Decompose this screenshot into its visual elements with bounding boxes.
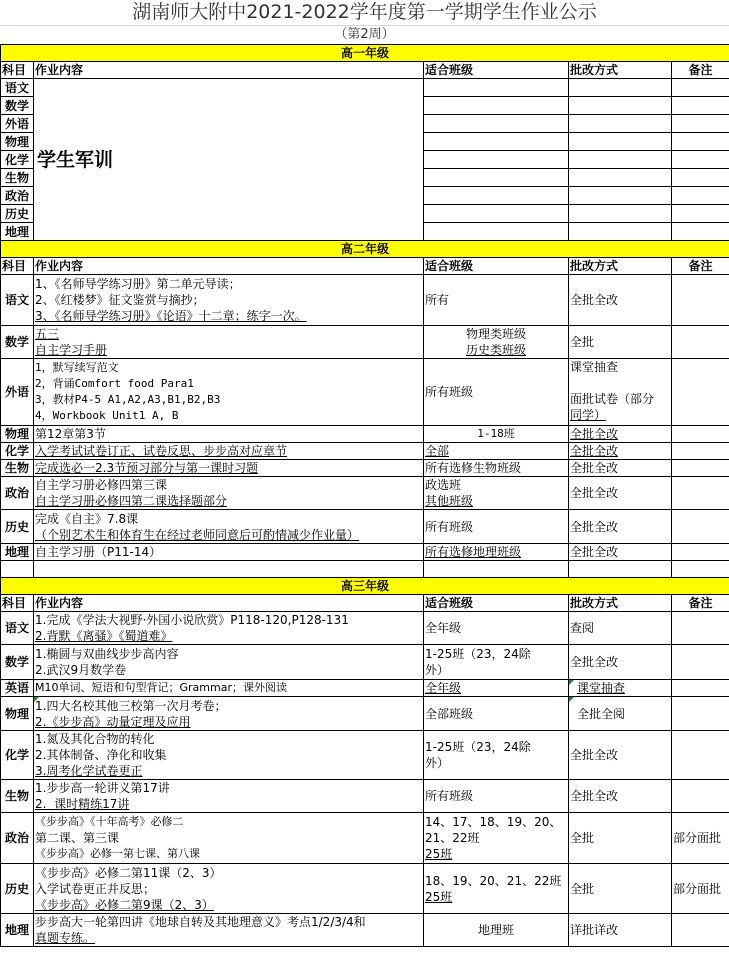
empty-cell[interactable] [569, 561, 672, 578]
col-classes[interactable]: 适合班级 [424, 62, 569, 79]
grading-cell[interactable]: 全批全改 [569, 426, 672, 443]
subject-cell[interactable]: 地理 [1, 544, 34, 561]
subject-cell[interactable]: 外语 [1, 115, 34, 133]
grading-cell[interactable]: 全批全改 [569, 443, 672, 460]
note-cell[interactable] [672, 914, 729, 947]
subject-cell[interactable]: 生物 [1, 780, 34, 813]
empty-row [1, 561, 729, 578]
classes-cell[interactable]: 18、19、20、21、22班 25班 [424, 864, 569, 914]
table-row: 政治 自主学习册必修四第三课 自主学习册必修四第二课选择题部分 政选班 其他班级… [1, 477, 729, 510]
grading-cell[interactable]: 全批 [569, 813, 672, 864]
subject-cell[interactable]: 数学 [1, 326, 34, 359]
grade2-label[interactable]: 高二年级 [1, 241, 729, 258]
grade1-content-cell[interactable]: 学生军训 [34, 79, 424, 241]
classes-cell[interactable]: 全年级 [424, 680, 569, 697]
col-subject[interactable]: 科目 [1, 62, 34, 79]
grade1-header-row: 科目 作业内容 适合班级 批改方式 备注 [1, 62, 729, 79]
note-cell[interactable] [672, 612, 729, 645]
note-cell[interactable] [672, 326, 729, 359]
subject-cell[interactable]: 语文 [1, 79, 34, 97]
content-cell[interactable]: 1.步步高一轮讲义第17讲 2. 课时精练17讲 [34, 780, 424, 813]
note-cell[interactable] [672, 477, 729, 510]
note-cell[interactable] [672, 544, 729, 561]
content-cell[interactable]: 《步步高》必修二第11课（2、3） 入学试卷更正并反思； 《步步高》必修二第9课… [34, 864, 424, 914]
col-content[interactable]: 作业内容 [34, 595, 424, 612]
subject-cell[interactable]: 外语 [1, 359, 34, 426]
note-cell[interactable] [672, 426, 729, 443]
table-row: 地理 步步高大一轮第四讲《地球自转及其地理意义》考点1/2/3/4和 真题专练。… [1, 914, 729, 947]
classes-cell[interactable]: 所有班级 [424, 510, 569, 544]
classes-cell[interactable]: 14、17、18、19、20、 21、22班 25班 [424, 813, 569, 864]
grading-cell[interactable]: 全批全改 [569, 275, 672, 326]
grading-cell[interactable]: 全批全改 [569, 731, 672, 780]
page-title: 湖南师大附中2021-2022学年度第一学期学生作业公示 [0, 0, 729, 26]
classes-cell[interactable]: 所有 [424, 275, 569, 326]
subject-cell[interactable]: 物理 [1, 426, 34, 443]
note-cell[interactable] [672, 97, 729, 115]
classes-cell[interactable]: 全年级 [424, 612, 569, 645]
table-row: 生物 完成选必一2.3节预习部分与第一课时习题 所有选修生物班级 全批全改 [1, 460, 729, 477]
table-row: 语文 1、《名师导学练习册》第二单元导读； 2、《红楼梦》征文鉴赏与摘抄； 3、… [1, 275, 729, 326]
note-cell[interactable] [672, 680, 729, 697]
grading-cell[interactable]: 课堂抽查 面批试卷（部分 同学） [569, 359, 672, 426]
empty-cell[interactable] [34, 561, 424, 578]
subject-cell[interactable]: 政治 [1, 477, 34, 510]
grading-cell[interactable] [569, 115, 672, 133]
content-cell[interactable]: 1，默写续写范文 2，背诵Comfort food Para1 3，教材P4-5… [34, 359, 424, 426]
content-cell[interactable]: 自主学习册必修四第三课 自主学习册必修四第二课选择题部分 [34, 477, 424, 510]
subject-cell[interactable]: 生物 [1, 460, 34, 477]
content-cell[interactable]: M10单词、短语和句型背记；Grammar；课外阅读 [34, 680, 424, 697]
content-cell[interactable]: 自主学习册（P11-14） [34, 544, 424, 561]
week-subtitle: （第2周） [0, 25, 729, 44]
grade2-band: 高二年级 [1, 241, 729, 258]
grading-cell[interactable]: 全批全改 [569, 645, 672, 680]
grading-cell[interactable] [569, 79, 672, 97]
grading-cell[interactable] [569, 169, 672, 187]
subject-cell[interactable]: 物理 [1, 133, 34, 151]
classes-cell[interactable] [424, 151, 569, 169]
note-cell[interactable] [672, 187, 729, 205]
table-row: 外语 1，默写续写范文 2，背诵Comfort food Para1 3，教材P… [1, 359, 729, 426]
subject-cell[interactable]: 政治 [1, 813, 34, 864]
homework-table: 高一年级 科目 作业内容 适合班级 批改方式 备注 语文 学生军训 数学 外语 … [0, 44, 729, 947]
homework-sheet: 高一年级 科目 作业内容 适合班级 批改方式 备注 语文 学生军训 数学 外语 … [0, 44, 729, 947]
grading-cell[interactable]: 全批 [569, 864, 672, 914]
note-cell[interactable] [672, 133, 729, 151]
classes-cell[interactable] [424, 187, 569, 205]
classes-cell[interactable]: 1-18班 [424, 426, 569, 443]
col-classes[interactable]: 适合班级 [424, 258, 569, 275]
col-subject[interactable]: 科目 [1, 595, 34, 612]
subject-cell[interactable]: 物理 [1, 697, 34, 731]
grading-cell[interactable] [569, 151, 672, 169]
table-row: 语文 学生军训 [1, 79, 729, 97]
note-cell[interactable] [672, 780, 729, 813]
grade3-band: 高三年级 [1, 578, 729, 595]
note-cell[interactable] [672, 510, 729, 544]
classes-cell[interactable] [424, 79, 569, 97]
table-row: 语文 1.完成《学法大视野·外国小说欣赏》P118-120,P128-131 2… [1, 612, 729, 645]
classes-cell[interactable]: 全部 [424, 443, 569, 460]
grading-cell[interactable] [569, 97, 672, 115]
col-note[interactable]: 备注 [672, 595, 729, 612]
table-row: 历史 《步步高》必修二第11课（2、3） 入学试卷更正并反思； 《步步高》必修二… [1, 864, 729, 914]
table-row: 化学 1.氮及其化合物的转化 2.其体制备、净化和收集 3.周考化学试卷更正 1… [1, 731, 729, 780]
grading-cell[interactable]: 全批 [569, 326, 672, 359]
grading-cell[interactable]: 全批全改 [569, 510, 672, 544]
col-grading[interactable]: 批改方式 [569, 595, 672, 612]
classes-cell[interactable] [424, 97, 569, 115]
subject-cell[interactable]: 化学 [1, 731, 34, 780]
col-note[interactable]: 备注 [672, 258, 729, 275]
subject-cell[interactable]: 地理 [1, 914, 34, 947]
subject-cell[interactable]: 数学 [1, 97, 34, 115]
content-cell[interactable]: 1、《名师导学练习册》第二单元导读； 2、《红楼梦》征文鉴赏与摘抄； 3、《名师… [34, 275, 424, 326]
table-row: 数学 1.椭圆与双曲线步步高内容 2.武汉9月数学卷 1-25班（23，24除 … [1, 645, 729, 680]
content-cell[interactable]: 1.四大名校其他三校第一次月考卷； 2.《步步高》动量定理及应用 [34, 697, 424, 731]
content-cell[interactable]: 1.椭圆与双曲线步步高内容 2.武汉9月数学卷 [34, 645, 424, 680]
content-cell[interactable]: 入学考试试卷订正、试卷反思、步步高对应章节 [34, 443, 424, 460]
content-cell[interactable]: 《步步高》《十年高考》必修二 第二课、第三课 《步步高》必修一第七课、第八课 [34, 813, 424, 864]
content-cell[interactable]: 步步高大一轮第四讲《地球自转及其地理意义》考点1/2/3/4和 真题专练。 [34, 914, 424, 947]
grading-cell[interactable] [569, 187, 672, 205]
subject-cell[interactable]: 生物 [1, 169, 34, 187]
table-row: 数学 五三 自主学习手册 物理类班级 历史类班级 全批 [1, 326, 729, 359]
classes-cell[interactable]: 所有选修地理班级 [424, 544, 569, 561]
content-cell[interactable]: 完成《自主》7.8课 （个别艺术生和体育生在经过老师同意后可酌情减少作业量） [34, 510, 424, 544]
note-cell[interactable] [672, 359, 729, 426]
subject-cell[interactable]: 历史 [1, 864, 34, 914]
classes-cell[interactable] [424, 169, 569, 187]
grading-cell[interactable]: 全批全改 [569, 544, 672, 561]
content-cell[interactable]: 五三 自主学习手册 [34, 326, 424, 359]
content-cell[interactable]: 1.完成《学法大视野·外国小说欣赏》P118-120,P128-131 2.背默… [34, 612, 424, 645]
empty-cell[interactable] [1, 561, 34, 578]
grading-cell[interactable]: 全批全改 [569, 460, 672, 477]
classes-cell[interactable]: 所有班级 [424, 780, 569, 813]
grading-cell[interactable]: 全批全阅 [569, 697, 672, 731]
subject-cell[interactable]: 地理 [1, 223, 34, 241]
note-cell[interactable] [672, 115, 729, 133]
col-content[interactable]: 作业内容 [34, 62, 424, 79]
subject-cell[interactable]: 语文 [1, 612, 34, 645]
subject-cell[interactable]: 政治 [1, 187, 34, 205]
empty-cell[interactable] [424, 561, 569, 578]
grading-cell[interactable]: 详批详改 [569, 914, 672, 947]
grade2-header-row: 科目 作业内容 适合班级 批改方式 备注 [1, 258, 729, 275]
classes-cell[interactable] [424, 115, 569, 133]
note-cell[interactable] [672, 275, 729, 326]
subject-cell[interactable]: 化学 [1, 443, 34, 460]
note-cell[interactable] [672, 731, 729, 780]
classes-cell[interactable] [424, 205, 569, 223]
classes-cell[interactable] [424, 223, 569, 241]
grade3-header-row: 科目 作业内容 适合班级 批改方式 备注 [1, 595, 729, 612]
classes-cell[interactable]: 全部班级 [424, 697, 569, 731]
note-cell[interactable] [672, 169, 729, 187]
note-cell[interactable] [672, 223, 729, 241]
note-cell[interactable] [672, 460, 729, 477]
col-subject[interactable]: 科目 [1, 258, 34, 275]
note-cell[interactable] [672, 79, 729, 97]
classes-cell[interactable] [424, 133, 569, 151]
col-grading[interactable]: 批改方式 [569, 258, 672, 275]
classes-cell[interactable]: 地理班 [424, 914, 569, 947]
grade1-label[interactable]: 高一年级 [1, 45, 729, 62]
content-cell[interactable]: 完成选必一2.3节预习部分与第一课时习题 [34, 460, 424, 477]
classes-cell[interactable]: 所有选修生物班级 [424, 460, 569, 477]
grading-cell[interactable]: 全批全改 [569, 780, 672, 813]
subject-cell[interactable]: 历史 [1, 510, 34, 544]
table-row: 化学 入学考试试卷订正、试卷反思、步步高对应章节 全部 全批全改 [1, 443, 729, 460]
grading-cell[interactable] [569, 205, 672, 223]
table-row: 历史 完成《自主》7.8课 （个别艺术生和体育生在经过老师同意后可酌情减少作业量… [1, 510, 729, 544]
table-row: 物理 第12章第3节 1-18班 全批全改 [1, 426, 729, 443]
note-cell[interactable] [672, 697, 729, 731]
subject-cell[interactable]: 英语 [1, 680, 34, 697]
grade3-label[interactable]: 高三年级 [1, 578, 729, 595]
classes-cell[interactable]: 所有班级 [424, 359, 569, 426]
classes-cell[interactable]: 物理类班级 历史类班级 [424, 326, 569, 359]
note-cell[interactable] [672, 443, 729, 460]
subject-cell[interactable]: 化学 [1, 151, 34, 169]
grading-cell[interactable]: 查阅 [569, 612, 672, 645]
note-cell[interactable]: 部分面批 [672, 813, 729, 864]
subject-cell[interactable]: 历史 [1, 205, 34, 223]
classes-cell[interactable]: 1-25班（23，24除 外） [424, 731, 569, 780]
note-cell[interactable] [672, 151, 729, 169]
grading-cell[interactable]: 全批全改 [569, 477, 672, 510]
col-content[interactable]: 作业内容 [34, 258, 424, 275]
classes-cell[interactable]: 1-25班（23，24除 外） [424, 645, 569, 680]
table-row: 物理 1.四大名校其他三校第一次月考卷； 2.《步步高》动量定理及应用 全部班级… [1, 697, 729, 731]
empty-cell[interactable] [672, 561, 729, 578]
grading-cell[interactable] [569, 133, 672, 151]
grading-cell[interactable]: 课堂抽查 [569, 680, 672, 697]
table-row: 地理 自主学习册（P11-14） 所有选修地理班级 全批全改 [1, 544, 729, 561]
subject-cell[interactable]: 数学 [1, 645, 34, 680]
table-row: 政治 《步步高》《十年高考》必修二 第二课、第三课 《步步高》必修一第七课、第八… [1, 813, 729, 864]
subject-cell[interactable]: 语文 [1, 275, 34, 326]
note-cell[interactable] [672, 205, 729, 223]
table-row: 生物 1.步步高一轮讲义第17讲 2. 课时精练17讲 所有班级 全批全改 [1, 780, 729, 813]
col-note[interactable]: 备注 [672, 62, 729, 79]
note-cell[interactable]: 部分面批 [672, 864, 729, 914]
content-cell[interactable]: 1.氮及其化合物的转化 2.其体制备、净化和收集 3.周考化学试卷更正 [34, 731, 424, 780]
classes-cell[interactable]: 政选班 其他班级 [424, 477, 569, 510]
table-row: 英语 M10单词、短语和句型背记；Grammar；课外阅读 全年级 课堂抽查 [1, 680, 729, 697]
note-cell[interactable] [672, 645, 729, 680]
content-cell[interactable]: 第12章第3节 [34, 426, 424, 443]
col-grading[interactable]: 批改方式 [569, 62, 672, 79]
grade1-band: 高一年级 [1, 45, 729, 62]
col-classes[interactable]: 适合班级 [424, 595, 569, 612]
grading-cell[interactable] [569, 223, 672, 241]
